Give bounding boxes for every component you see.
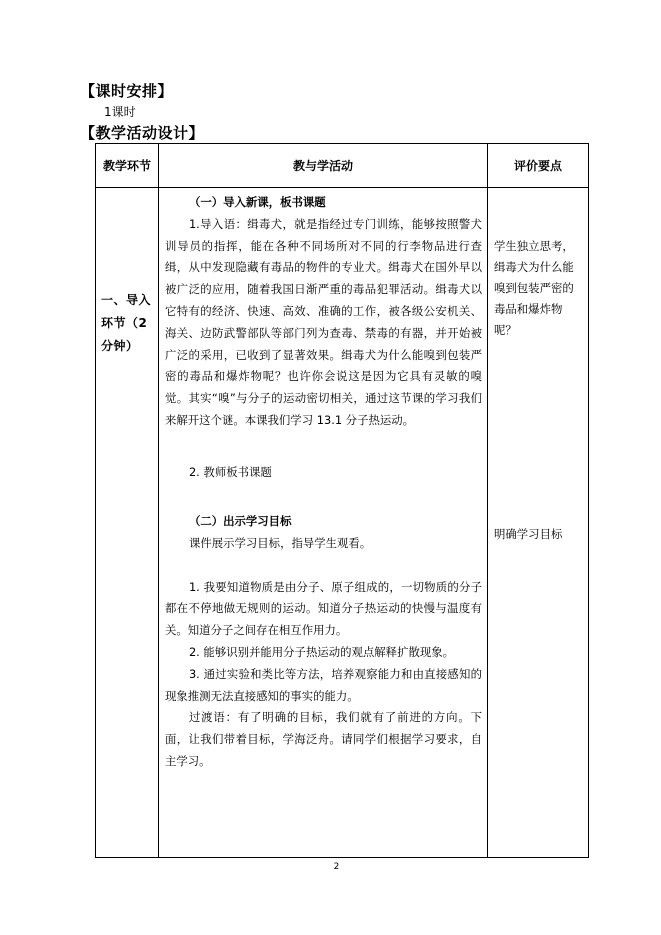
evaluation-cell: 学生独立思考，缉毒犬为什么能嗅到包装严密的毒品和爆炸物呢？ 明确学习目标 — [488, 188, 589, 858]
header-evaluation: 评价要点 — [488, 144, 589, 188]
activities-cell: （一）导入新课，板书课题 1.导入语：缉毒犬，就是指经过专门训练，能够按照警犬训… — [159, 188, 488, 858]
design-heading: 【教学活动设计】 — [80, 122, 204, 143]
part1-title: （一）导入新课，板书课题 — [165, 192, 482, 214]
part2-title: （二）出示学习目标 — [165, 511, 482, 533]
transition-text: 过渡语：有了明确的目标，我们就有了前进的方向。下面，让我们带着目标，学海泛舟。请… — [165, 707, 482, 772]
lesson-plan-table: 教学环节 教与学活动 评价要点 一、导入环节（2分钟） （一）导入新课，板书课题… — [95, 143, 589, 858]
intro-paragraph: 1.导入语：缉毒犬，就是指经过专门训练，能够按照警犬训导员的指挥，能在各种不同场… — [165, 214, 482, 432]
goal-3: 3. 通过实验和类比等方法，培养观察能力和由直接感知的现象推测无法直接感知的事实… — [165, 664, 482, 708]
table-header-row: 教学环节 教与学活动 评价要点 — [96, 144, 589, 188]
page-number: 2 — [0, 862, 661, 872]
table-row: 一、导入环节（2分钟） （一）导入新课，板书课题 1.导入语：缉毒犬，就是指经过… — [96, 188, 589, 858]
goal-2: 2. 能够识别并能用分子热运动的观点解释扩散现象。 — [165, 642, 482, 664]
evaluation-point-1: 学生独立思考，缉毒犬为什么能嗅到包装严密的毒品和爆炸物呢？ — [494, 236, 584, 341]
header-stage: 教学环节 — [96, 144, 159, 188]
board-title-step: 2. 教师板书课题 — [165, 462, 482, 484]
part2-intro: 课件展示学习目标，指导学生观看。 — [165, 533, 482, 555]
stage-cell: 一、导入环节（2分钟） — [96, 188, 159, 858]
header-activities: 教与学活动 — [159, 144, 488, 188]
schedule-value: 1课时 — [104, 103, 136, 120]
evaluation-point-2: 明确学习目标 — [494, 524, 584, 545]
schedule-heading: 【课时安排】 — [80, 80, 173, 101]
goal-1: 1. 我要知道物质是由分子、原子组成的，一切物质的分子都在不停地做无规则的运动。… — [165, 577, 482, 642]
